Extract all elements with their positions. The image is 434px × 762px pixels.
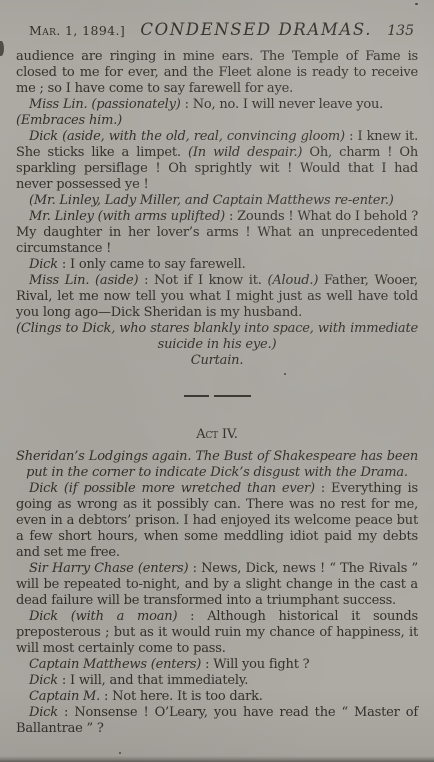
para-audience: audience are ringing in mine ears. The T… [16, 49, 418, 97]
stage-reenter: (Mr. Linley, Lady Miller, and Captain Ma… [16, 193, 418, 209]
text-segment: Dick (aside, with the old, real, convinc… [29, 129, 345, 144]
page-number: 135 [387, 23, 416, 39]
speech-dick-5: Dick : I will, and that immediately. [16, 673, 418, 689]
stage-clings-line1: (Clings to Dick, who stares blankly into… [16, 321, 418, 337]
text-segment: Dick [29, 673, 58, 688]
scan-shadow-bottom [0, 756, 434, 762]
stage-embraces: (Embraces him.) [16, 113, 418, 129]
header-date: Mar. 1, 1894.] [29, 23, 125, 38]
text-segment: Captain M. [29, 689, 100, 704]
text-segment: (In wild despair.) [188, 145, 302, 160]
text-segment: suicide in his eye.) [158, 337, 277, 352]
text-segment: Dick (if possible more wretched than eve… [29, 481, 315, 496]
text-segment: : No, no. I will never leave you. [181, 97, 383, 112]
setting-line2: put in the corner to indicate Dick’s dis… [16, 465, 418, 481]
speech-miss-lin-1: Miss Lin. (passionately) : No, no. I wil… [16, 97, 418, 113]
scan-speck [415, 3, 418, 5]
scan-speck [284, 373, 286, 375]
text-segment: Dick (with a moan) [29, 609, 177, 624]
scan-smudge-left-edge [0, 41, 4, 56]
setting-line1: Sheridan’s Lodgings again. The Bust of S… [16, 449, 418, 465]
text-segment: Dick [29, 705, 58, 720]
text-segment: (Clings to Dick, who stares blankly into… [16, 321, 418, 336]
rule-segment [184, 395, 209, 397]
text-segment: : Will you fight ? [201, 657, 309, 672]
text-segment: : Not here. It is too dark. [100, 689, 263, 704]
speech-dick-2: Dick : I only came to say farewell. [16, 257, 418, 273]
text-segment: Miss Lin. (passionately) [29, 97, 181, 112]
speech-sir-harry: Sir Harry Chase (enters) : News, Dick, n… [16, 561, 418, 609]
text-segment: Curtain. [191, 353, 244, 368]
text-segment: put in the corner to indicate Dick’s dis… [26, 465, 408, 480]
text-segment: Captain Matthews (enters) [29, 657, 201, 672]
act-heading: Act IV. [16, 427, 418, 443]
scan-speck [119, 752, 121, 754]
section-divider [16, 395, 418, 397]
header-title: CONDENSED DRAMAS. [125, 20, 387, 39]
rule-segment [214, 395, 251, 397]
text-segment: audience are ringing in mine ears. The T… [16, 49, 418, 96]
text-segment: : I only came to say farewell. [58, 257, 246, 272]
speech-mr-linley: Mr. Linley (with arms uplifted) : Zounds… [16, 209, 418, 257]
text-segment: (Aloud.) [267, 273, 318, 288]
speech-dick-6: Dick : Nonsense ! O’Leary, you have read… [16, 705, 418, 737]
curtain-line: Curtain. [16, 353, 418, 369]
text-segment: (Mr. Linley, Lady Miller, and Captain Ma… [29, 193, 394, 208]
text-segment: : Nonsense ! O’Leary, you have read the … [16, 705, 418, 736]
speech-dick-4: Dick (with a moan) : Although historical… [16, 609, 418, 657]
text-segment: Miss Lin. (aside) [29, 273, 138, 288]
text-segment: Mr. Linley (with arms uplifted) [29, 209, 225, 224]
text-segment: Sheridan’s Lodgings again. The Bust of S… [16, 449, 418, 464]
text-segment: : Not if I know it. [138, 273, 267, 288]
scanned-book-page: Mar. 1, 1894.] CONDENSED DRAMAS. 135 aud… [0, 0, 434, 762]
stage-clings-line2: suicide in his eye.) [16, 337, 418, 353]
page-content: Mar. 1, 1894.] CONDENSED DRAMAS. 135 aud… [16, 14, 418, 737]
text-segment: (Embraces him.) [16, 113, 122, 128]
speech-dick-1: Dick (aside, with the old, real, convinc… [16, 129, 418, 193]
speech-miss-lin-2: Miss Lin. (aside) : Not if I know it. (A… [16, 273, 418, 321]
page-text: audience are ringing in mine ears. The T… [16, 49, 418, 737]
speech-dick-3: Dick (if possible more wretched than eve… [16, 481, 418, 561]
text-segment: Dick [29, 257, 58, 272]
text-segment: : I will, and that immediately. [58, 673, 248, 688]
running-header: Mar. 1, 1894.] CONDENSED DRAMAS. 135 [16, 14, 418, 39]
speech-capt-m: Captain M. : Not here. It is too dark. [16, 689, 418, 705]
speech-capt-matthews: Captain Matthews (enters) : Will you fig… [16, 657, 418, 673]
text-segment: Act IV. [196, 427, 237, 442]
text-segment: Sir Harry Chase (enters) [29, 561, 188, 576]
